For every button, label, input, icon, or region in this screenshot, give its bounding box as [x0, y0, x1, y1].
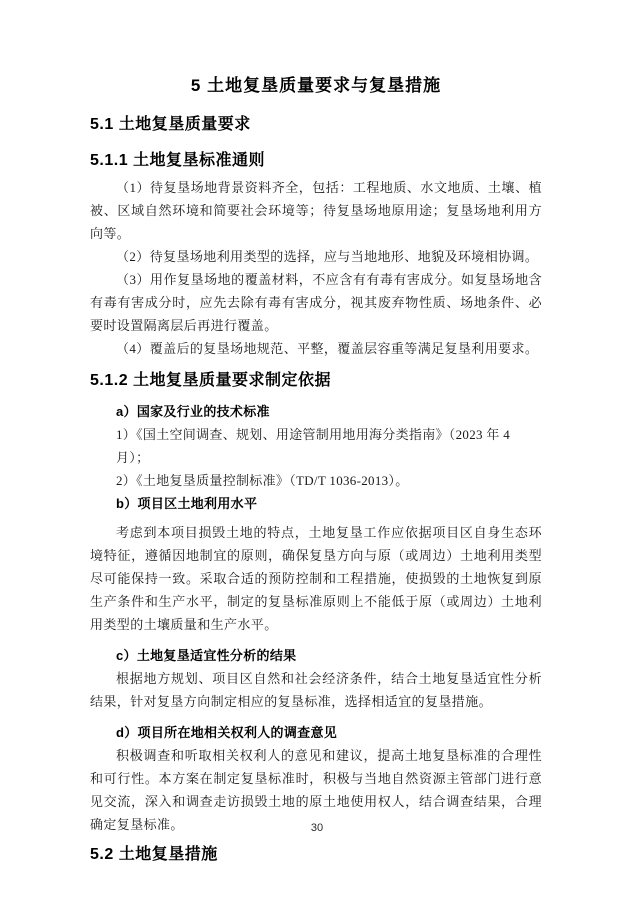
page-number: 30	[0, 820, 634, 836]
reference-item-1: 1）《国土空间调查、规划、用途管制用地用海分类指南》（2023 年 4 月）；	[90, 423, 542, 469]
subheading-d-stakeholder-opinions: d）项目所在地相关权利人的调查意见	[90, 721, 542, 744]
document-body: 5 土地复垦质量要求与复垦措施 5.1 土地复垦质量要求 5.1.1 土地复垦标…	[90, 72, 542, 868]
paragraph-item-4: （4）覆盖后的复垦场地规范、平整，覆盖层容重等满足复垦利用要求。	[90, 337, 542, 360]
paragraph-item-1: （1）待复垦场地背景资料齐全，包括：工程地质、水文地质、土壤、植被、区域自然环境…	[90, 176, 542, 245]
document-page: 5 土地复垦质量要求与复垦措施 5.1 土地复垦质量要求 5.1.1 土地复垦标…	[0, 0, 634, 898]
heading-5-2: 5.2 土地复垦措施	[90, 842, 542, 868]
subheading-c-suitability-analysis: c）土地复垦适宜性分析的结果	[90, 644, 542, 667]
paragraph-item-3: （3）用作复垦场地的覆盖材料，不应含有有毒有害成分。如复垦场地含有毒有害成分时，…	[90, 268, 542, 337]
paragraph-item-2: （2）待复垦场地利用类型的选择，应与当地地形、地貌及环境相协调。	[90, 245, 542, 268]
subheading-b-land-use-level: b）项目区土地利用水平	[90, 492, 542, 515]
heading-5-1-1: 5.1.1 土地复垦标准通则	[90, 148, 542, 174]
heading-5-1: 5.1 土地复垦质量要求	[90, 112, 542, 138]
paragraph-b-land-use: 考虑到本项目损毁土地的特点，土地复垦工作应依据项目区自身生态环境特征，遵循因地制…	[90, 521, 542, 636]
document-title: 5 土地复垦质量要求与复垦措施	[90, 72, 542, 100]
paragraph-c-suitability: 根据地方规划、项目区自然和社会经济条件，结合土地复垦适宜性分析结果，针对复垦方向…	[90, 667, 542, 713]
reference-item-2: 2）《土地复垦质量控制标准》（TD/T 1036-2013）。	[90, 469, 542, 492]
heading-5-1-2: 5.1.2 土地复垦质量要求制定依据	[90, 368, 542, 394]
subheading-a-technical-standards: a）国家及行业的技术标准	[90, 400, 542, 423]
